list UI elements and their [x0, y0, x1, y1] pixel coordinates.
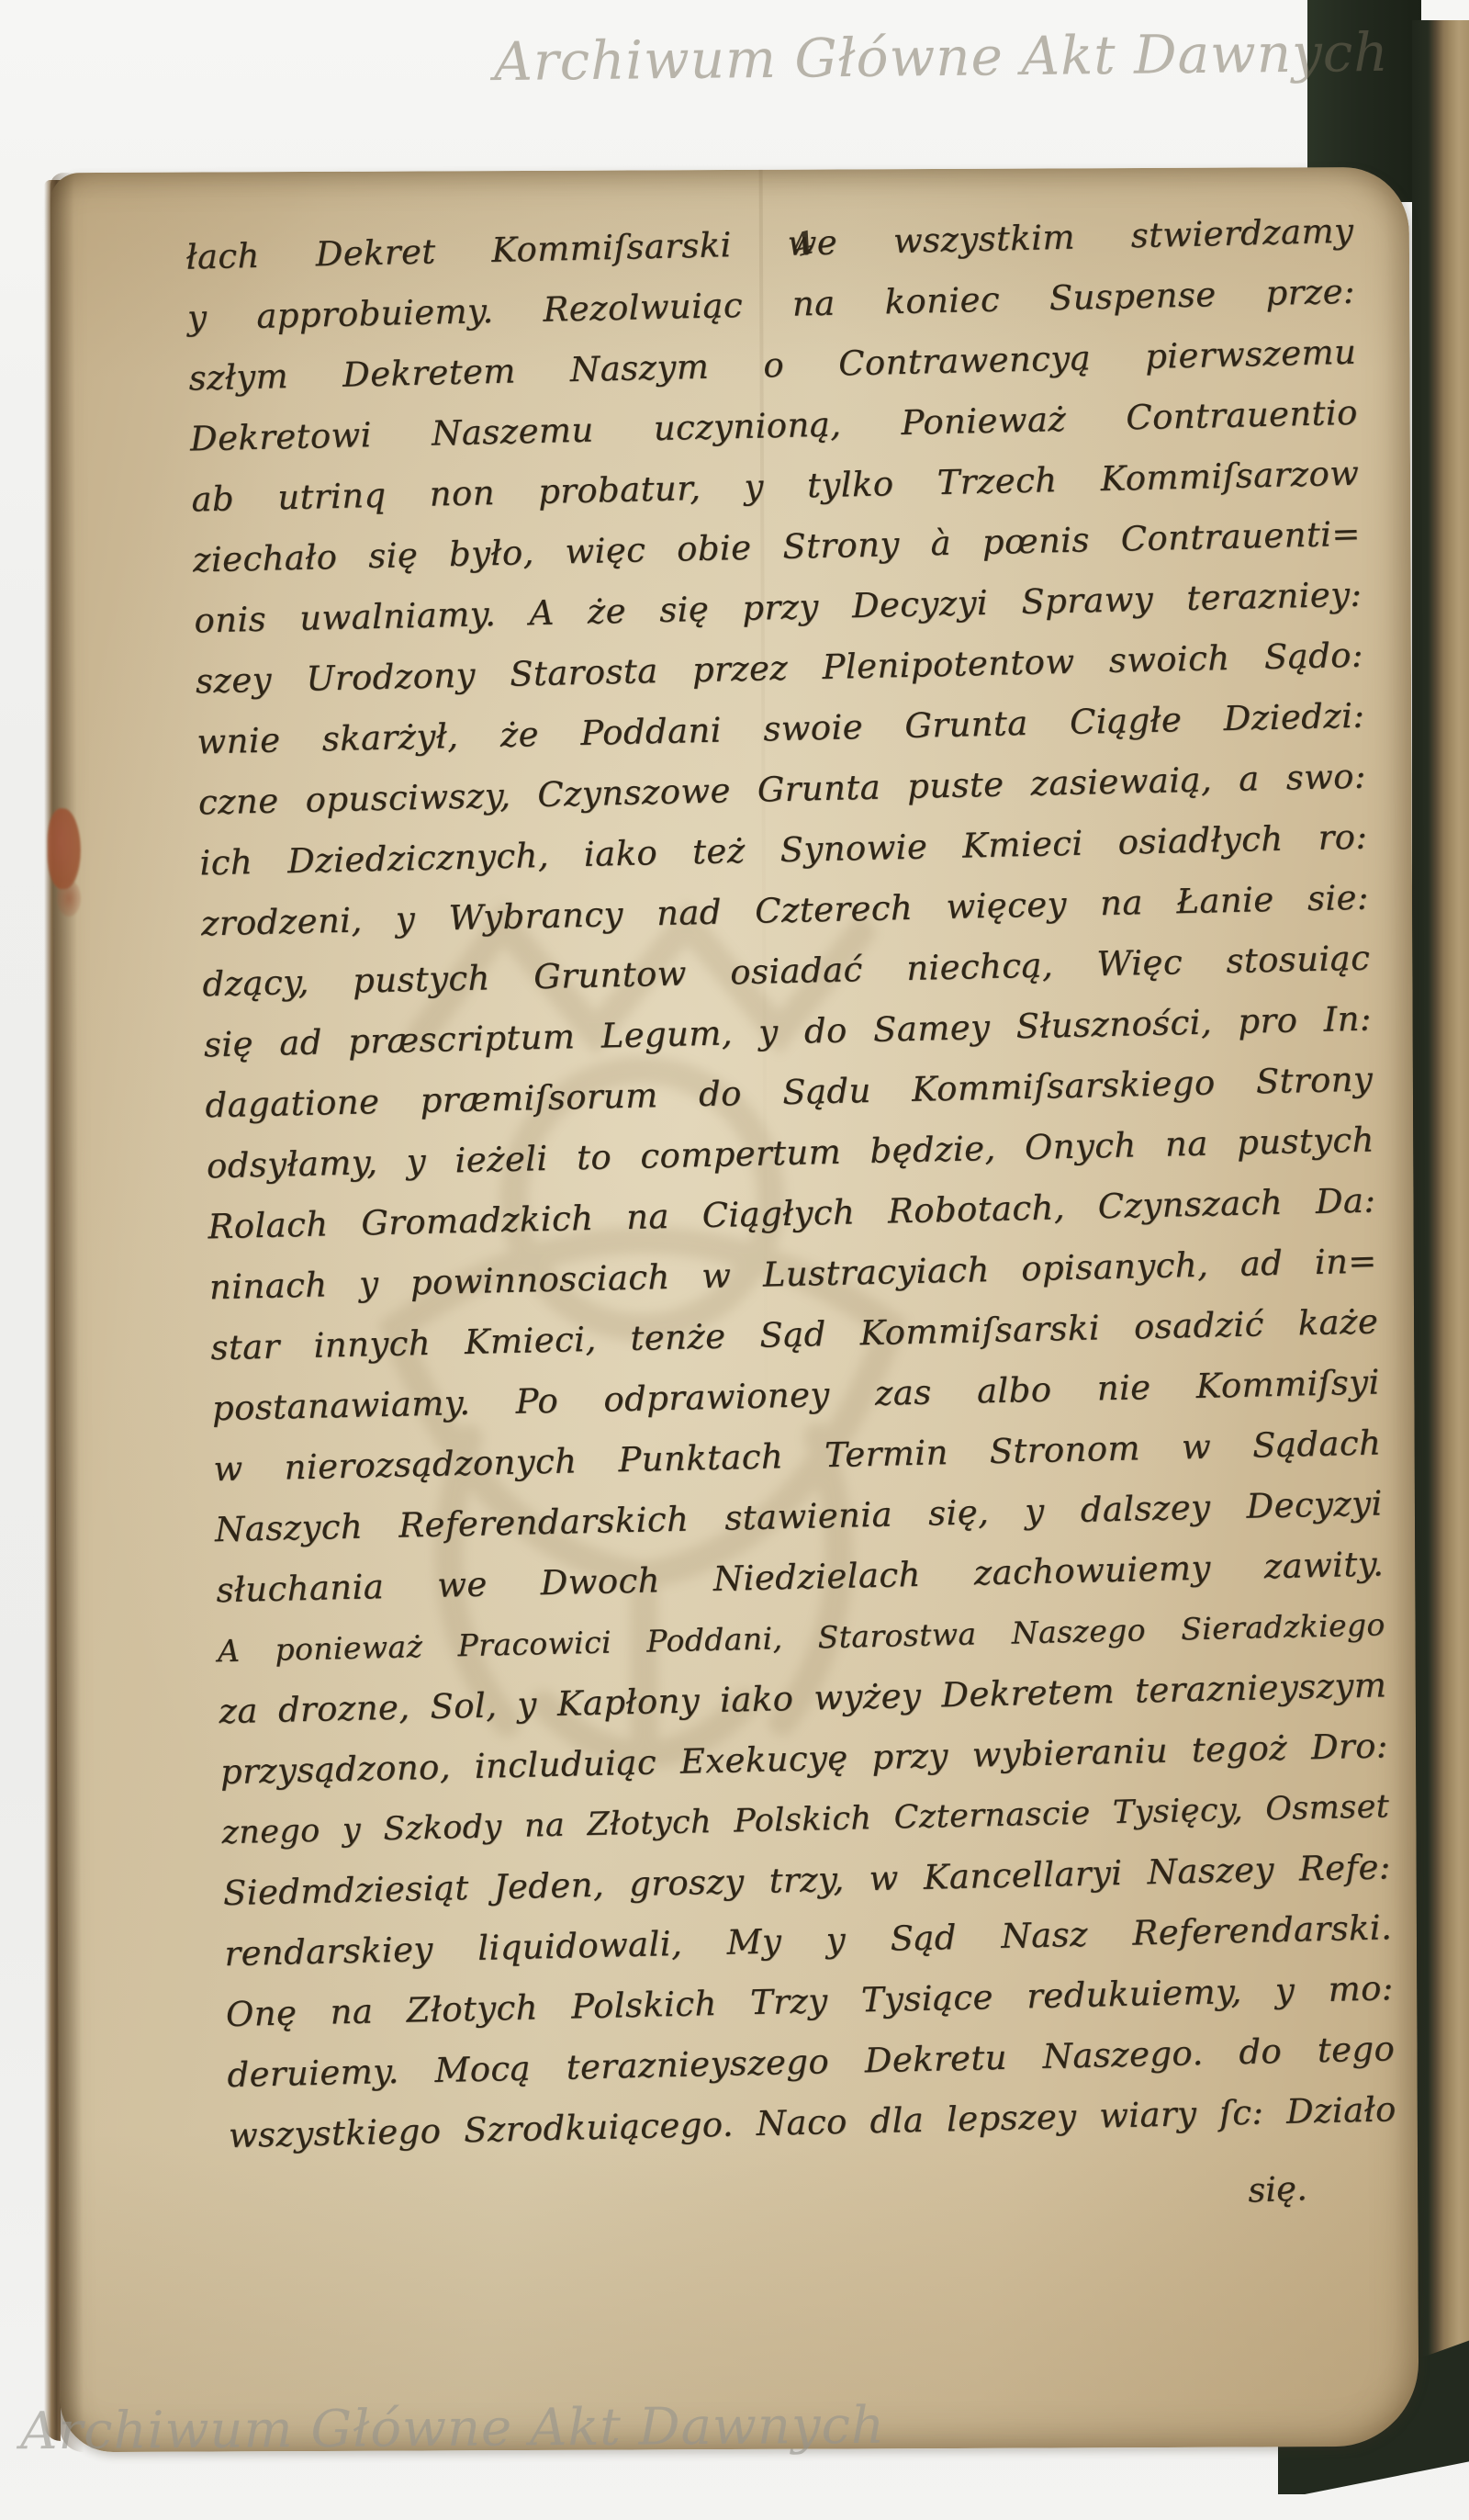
- scanned-manuscript: 4 łach Dekret Kommiſsarski we wszystkim …: [0, 0, 1469, 2520]
- manuscript-text: łach Dekret Kommiſsarski we wszystkim st…: [185, 204, 1397, 2169]
- underlying-page-edges: [1412, 20, 1469, 2426]
- catchword: się.: [1247, 2168, 1307, 2210]
- ink-stain-small: [57, 880, 81, 917]
- manuscript-page: 4 łach Dekret Kommiſsarski we wszystkim …: [50, 167, 1419, 2452]
